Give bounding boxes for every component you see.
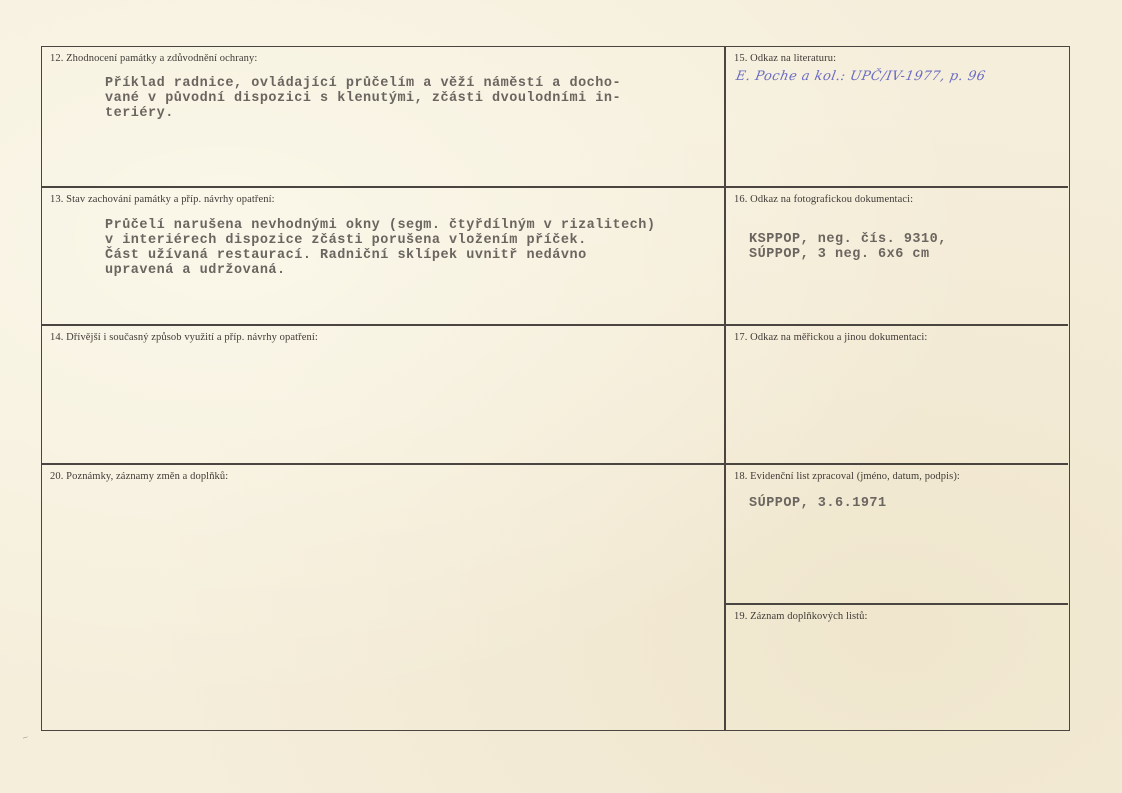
record-form-sheet: 12. Zhodnocení památky a zdůvodnění ochr… xyxy=(41,46,1070,731)
field-16-label: 16. Odkaz na fotografickou dokumentaci: xyxy=(734,194,1060,205)
field-20-notes: 20. Poznámky, záznamy změn a doplňků: xyxy=(42,465,724,730)
field-12-line-3: teriéry. xyxy=(105,106,716,121)
field-14-label: 14. Dřívější i současný způsob využití a… xyxy=(50,332,716,343)
field-12-line-2: vané v původní dispozici s klenutými, zč… xyxy=(105,91,716,106)
field-12-assessment: 12. Zhodnocení památky a zdůvodnění ochr… xyxy=(42,47,724,186)
field-15-label: 15. Odkaz na literaturu: xyxy=(734,53,1060,64)
field-13-line-2: v interiérech dispozice zčásti porušena … xyxy=(105,233,754,248)
field-16-line-1: KSPPOP, neg. čís. 9310, xyxy=(749,232,1060,247)
field-20-label: 20. Poznámky, záznamy změn a doplňků: xyxy=(50,471,716,482)
field-12-label: 12. Zhodnocení památky a zdůvodnění ochr… xyxy=(50,53,716,64)
field-13-line-3: Část užívaná restaurací. Radniční sklípe… xyxy=(105,248,754,263)
field-15-handwritten-reference: E. Poche a kol.: UPČ/IV-1977, p. 96 xyxy=(735,69,987,84)
field-18-label: 18. Evidenční list zpracoval (jméno, dat… xyxy=(734,471,1060,482)
field-18-processed-by: 18. Evidenční list zpracoval (jméno, dat… xyxy=(726,465,1068,603)
field-17-survey-documentation: 17. Odkaz na měřickou a jinou dokumentac… xyxy=(726,326,1068,463)
field-12-line-1: Příklad radnice, ovládající průčelím a v… xyxy=(105,76,716,91)
field-15-literature: 15. Odkaz na literaturu: E. Poche a kol.… xyxy=(726,47,1068,186)
field-13-line-1: Průčelí narušena nevhodnými okny (segm. … xyxy=(105,218,754,233)
field-13-condition: 13. Stav zachování památky a příp. návrh… xyxy=(42,188,762,324)
field-13-label: 13. Stav zachování památky a příp. návrh… xyxy=(50,194,754,205)
field-16-photo-documentation: 16. Odkaz na fotografickou dokumentaci: … xyxy=(726,188,1068,324)
field-17-label: 17. Odkaz na měřickou a jinou dokumentac… xyxy=(734,332,1060,343)
field-13-line-4: upravená a udržovaná. xyxy=(105,263,754,278)
field-19-supplementary-sheets: 19. Záznam doplňkových listů: xyxy=(726,605,1068,730)
field-19-label: 19. Záznam doplňkových listů: xyxy=(734,611,1060,622)
field-16-line-2: SÚPPOP, 3 neg. 6x6 cm xyxy=(749,247,1060,262)
field-14-usage: 14. Dřívější i současný způsob využití a… xyxy=(42,326,724,463)
field-18-line-1: SÚPPOP, 3.6.1971 xyxy=(749,496,1060,511)
